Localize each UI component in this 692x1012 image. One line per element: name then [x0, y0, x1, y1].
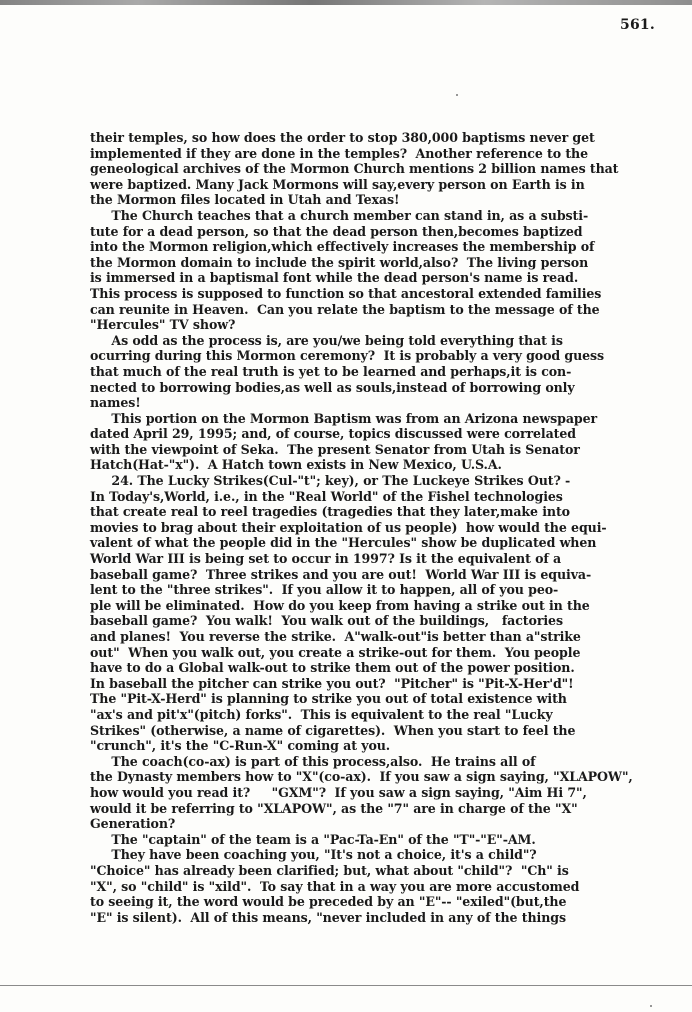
- text-line: names!: [90, 395, 670, 411]
- text-line: This process is supposed to function so …: [90, 286, 670, 302]
- text-line: Generation?: [90, 816, 670, 832]
- text-line: that create real to reel tragedies (trag…: [90, 504, 670, 520]
- text-line: the Dynasty members how to "X"(co-ax). I…: [90, 769, 670, 785]
- text-line: "ax's and pit'x"(pitch) forks". This is …: [90, 707, 670, 723]
- text-line: In Today's,World, i.e., in the "Real Wor…: [90, 489, 670, 505]
- text-line: "Hercules" TV show?: [90, 317, 670, 333]
- text-line: The Church teaches that a church member …: [90, 208, 670, 224]
- page-number: 561.: [620, 17, 655, 33]
- text-line: Hatch(Hat-"x"). A Hatch town exists in N…: [90, 457, 670, 473]
- text-line: nected to borrowing bodies,as well as so…: [90, 380, 670, 396]
- text-line: can reunite in Heaven. Can you relate th…: [90, 302, 670, 318]
- text-line: into the Mormon religion,which effective…: [90, 239, 670, 255]
- text-line: In baseball the pitcher can strike you o…: [90, 676, 670, 692]
- scan-speck: [650, 1005, 652, 1007]
- scan-top-edge: [0, 0, 692, 5]
- text-line: out" When you walk out, you create a str…: [90, 645, 670, 661]
- text-line: and planes! You reverse the strike. A"wa…: [90, 629, 670, 645]
- text-line: The "captain" of the team is a "Pac-Ta-E…: [90, 832, 670, 848]
- text-line: valent of what the people did in the "He…: [90, 535, 670, 551]
- text-line: The "Pit-X-Herd" is planning to strike y…: [90, 691, 670, 707]
- page-bottom-rule: [0, 985, 692, 986]
- text-line: the Mormon domain to include the spirit …: [90, 255, 670, 271]
- text-line: "crunch", it's the "C-Run-X" coming at y…: [90, 738, 670, 754]
- text-line: dated April 29, 1995; and, of course, to…: [90, 426, 670, 442]
- text-line: the Mormon files located in Utah and Tex…: [90, 192, 670, 208]
- text-line: were baptized. Many Jack Mormons will sa…: [90, 177, 670, 193]
- text-line: movies to brag about their exploitation …: [90, 520, 670, 536]
- text-line: As odd as the process is, are you/we bei…: [90, 333, 670, 349]
- text-line: geneological archives of the Mormon Chur…: [90, 161, 670, 177]
- text-line: that much of the real truth is yet to be…: [90, 364, 670, 380]
- text-line: ocurring during this Mormon ceremony? It…: [90, 348, 670, 364]
- text-line: is immersed in a baptismal font while th…: [90, 270, 670, 286]
- text-line: "X", so "child" is "xild". To say that i…: [90, 879, 670, 895]
- text-line: would it be referring to "XLAPOW", as th…: [90, 801, 670, 817]
- text-line: baseball game? Three strikes and you are…: [90, 567, 670, 583]
- text-line: lent to the "three strikes". If you allo…: [90, 582, 670, 598]
- text-line: World War III is being set to occur in 1…: [90, 551, 670, 567]
- text-line: to seeing it, the word would be preceded…: [90, 894, 670, 910]
- text-line: They have been coaching you, "It's not a…: [90, 847, 670, 863]
- text-line: have to do a Global walk-out to strike t…: [90, 660, 670, 676]
- text-line: Strikes" (otherwise, a name of cigarette…: [90, 723, 670, 739]
- text-line: with the viewpoint of Seka. The present …: [90, 442, 670, 458]
- text-line: The coach(co-ax) is part of this process…: [90, 754, 670, 770]
- text-line: "Choice" has already been clarified; but…: [90, 863, 670, 879]
- text-line: This portion on the Mormon Baptism was f…: [90, 411, 670, 427]
- text-line: tute for a dead person, so that the dead…: [90, 224, 670, 240]
- text-line: baseball game? You walk! You walk out of…: [90, 613, 670, 629]
- text-line: how would you read it? "GXM"? If you saw…: [90, 785, 670, 801]
- text-line: ple will be eliminated. How do you keep …: [90, 598, 670, 614]
- scan-speck: [456, 94, 458, 96]
- text-line: implemented if they are done in the temp…: [90, 146, 670, 162]
- text-line: "E" is silent). All of this means, "neve…: [90, 910, 670, 926]
- text-line: 24. The Lucky Strikes(Cul-"t"; key), or …: [90, 473, 670, 489]
- document-body: their temples, so how does the order to …: [90, 130, 670, 925]
- text-line: their temples, so how does the order to …: [90, 130, 670, 146]
